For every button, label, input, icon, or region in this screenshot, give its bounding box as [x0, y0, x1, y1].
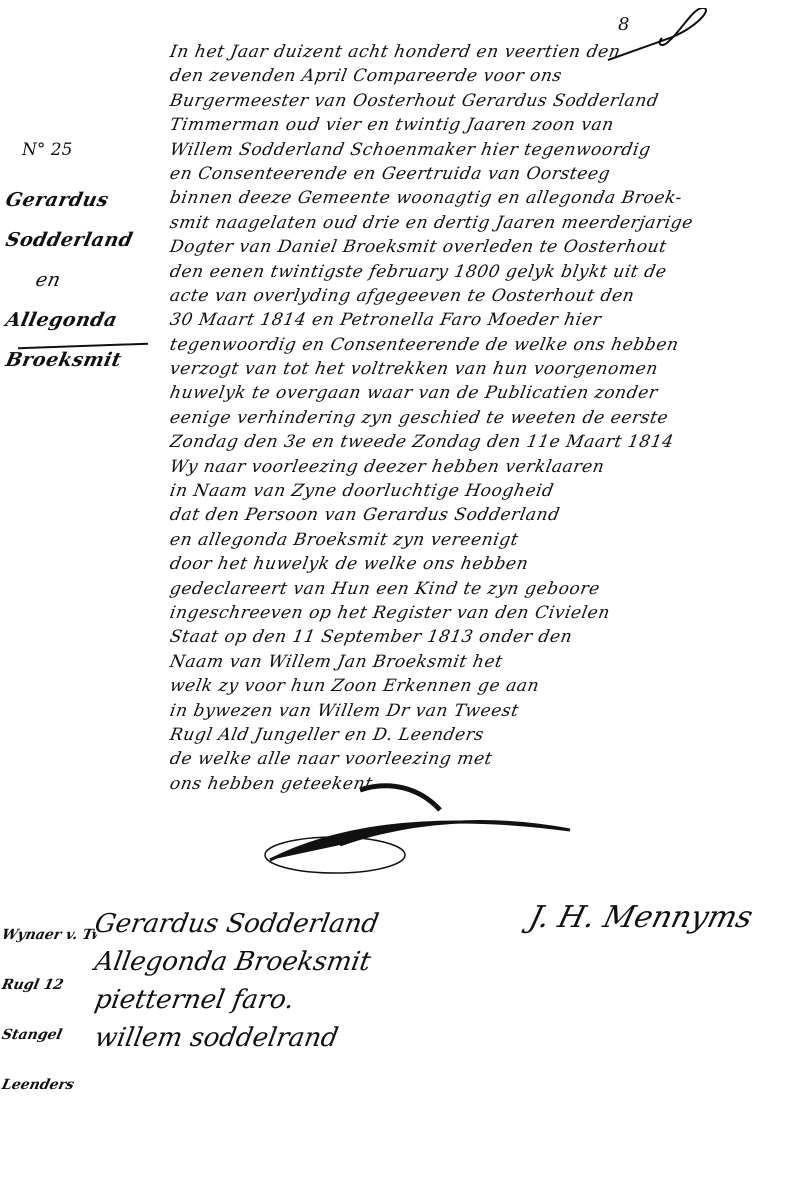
text-line: Staat op den 11 September 1813 onder den	[168, 625, 797, 649]
signature-witness-2: Rugl 12	[0, 960, 102, 1010]
margin-conjunction: en	[2, 260, 161, 300]
margin-groom-first: Gerardus	[2, 180, 161, 220]
text-line: in Naam van Zyne doorluchtige Hoogheid	[168, 479, 797, 503]
text-line: dat den Persoon van Gerardus Sodderland	[168, 503, 797, 527]
text-line: binnen deeze Gemeente woonagtig en alleg…	[168, 186, 797, 210]
closing-flourish	[240, 780, 580, 890]
text-line: Rugl Ald Jungeller en D. Leenders	[168, 723, 797, 747]
signature-bride: Allegonda Broeksmit	[92, 943, 382, 981]
signature-witness-3: Stangel	[0, 1010, 102, 1060]
text-line: 30 Maart 1814 en Petronella Faro Moeder …	[168, 308, 797, 332]
signature-witness-1: Wynaer v. Tweest	[0, 910, 102, 960]
folio-number: 8	[618, 14, 629, 35]
signature-groom: Gerardus Sodderland	[92, 905, 382, 943]
text-line: door het huwelyk de welke ons hebben	[168, 552, 797, 576]
margin-groom-last: Sodderland	[2, 220, 161, 260]
text-line: tegenwoordig en Consenteerende de welke …	[168, 333, 797, 357]
signature-father: willem soddelrand	[92, 1019, 382, 1057]
text-line: Dogter van Daniel Broeksmit overleden te…	[168, 235, 797, 259]
signature-mother: pietternel faro.	[92, 981, 382, 1019]
text-line: gedeclareert van Hun een Kind te zyn geb…	[168, 577, 797, 601]
text-line: acte van overlyding afgegeeven te Ooster…	[168, 284, 797, 308]
party-signatures: Gerardus Sodderland Allegonda Broeksmit …	[95, 905, 378, 1057]
text-line: Timmerman oud vier en twintig Jaaren zoo…	[168, 113, 797, 137]
margin-names: Gerardus Sodderland en Allegonda Broeksm…	[6, 180, 156, 380]
text-line: Burgermeester van Oosterhout Gerardus So…	[168, 89, 797, 113]
text-line: in bywezen van Willem Dr van Tweest	[168, 699, 797, 723]
text-line: verzogt van tot het voltrekken van hun v…	[168, 357, 797, 381]
text-line: In het Jaar duizent acht honderd en veer…	[168, 40, 797, 64]
text-line: smit naagelaten oud drie en dertig Jaare…	[168, 211, 797, 235]
margin-bride-first: Allegonda	[2, 300, 161, 340]
text-line: eenige verhindering zyn geschied te weet…	[168, 406, 797, 430]
document-page: 8 N° 25 Gerardus Sodderland en Allegonda…	[0, 0, 800, 1200]
text-line: welk zy voor hun Zoon Erkennen ge aan	[168, 674, 797, 698]
text-line: Wy naar voorleezing deezer hebben verkla…	[168, 455, 797, 479]
record-number: N° 25	[22, 140, 72, 160]
text-line: Naam van Willem Jan Broeksmit het	[168, 650, 797, 674]
text-line: Willem Sodderland Schoenmaker hier tegen…	[168, 138, 797, 162]
text-line: Zondag den 3e en tweede Zondag den 11e M…	[168, 430, 797, 454]
record-body: In het Jaar duizent acht honderd en veer…	[170, 40, 795, 796]
text-line: de welke alle naar voorleezing met	[168, 747, 797, 771]
text-line: huwelyk te overgaan waar van de Publicat…	[168, 381, 797, 405]
text-line: den zevenden April Compareerde voor ons	[168, 64, 797, 88]
text-line: ingeschreeven op het Register van den Ci…	[168, 601, 797, 625]
witness-signatures: Wynaer v. Tweest Rugl 12 Stangel Leender…	[2, 910, 97, 1110]
text-line: en Consenteerende en Geertruida van Oors…	[168, 162, 797, 186]
signature-witness-4: Leenders	[0, 1060, 102, 1110]
text-line: den eenen twintigste february 1800 gelyk…	[168, 260, 797, 284]
signature-official: J. H. Mennyms	[526, 900, 757, 935]
text-line: en allegonda Broeksmit zyn vereenigt	[168, 528, 797, 552]
